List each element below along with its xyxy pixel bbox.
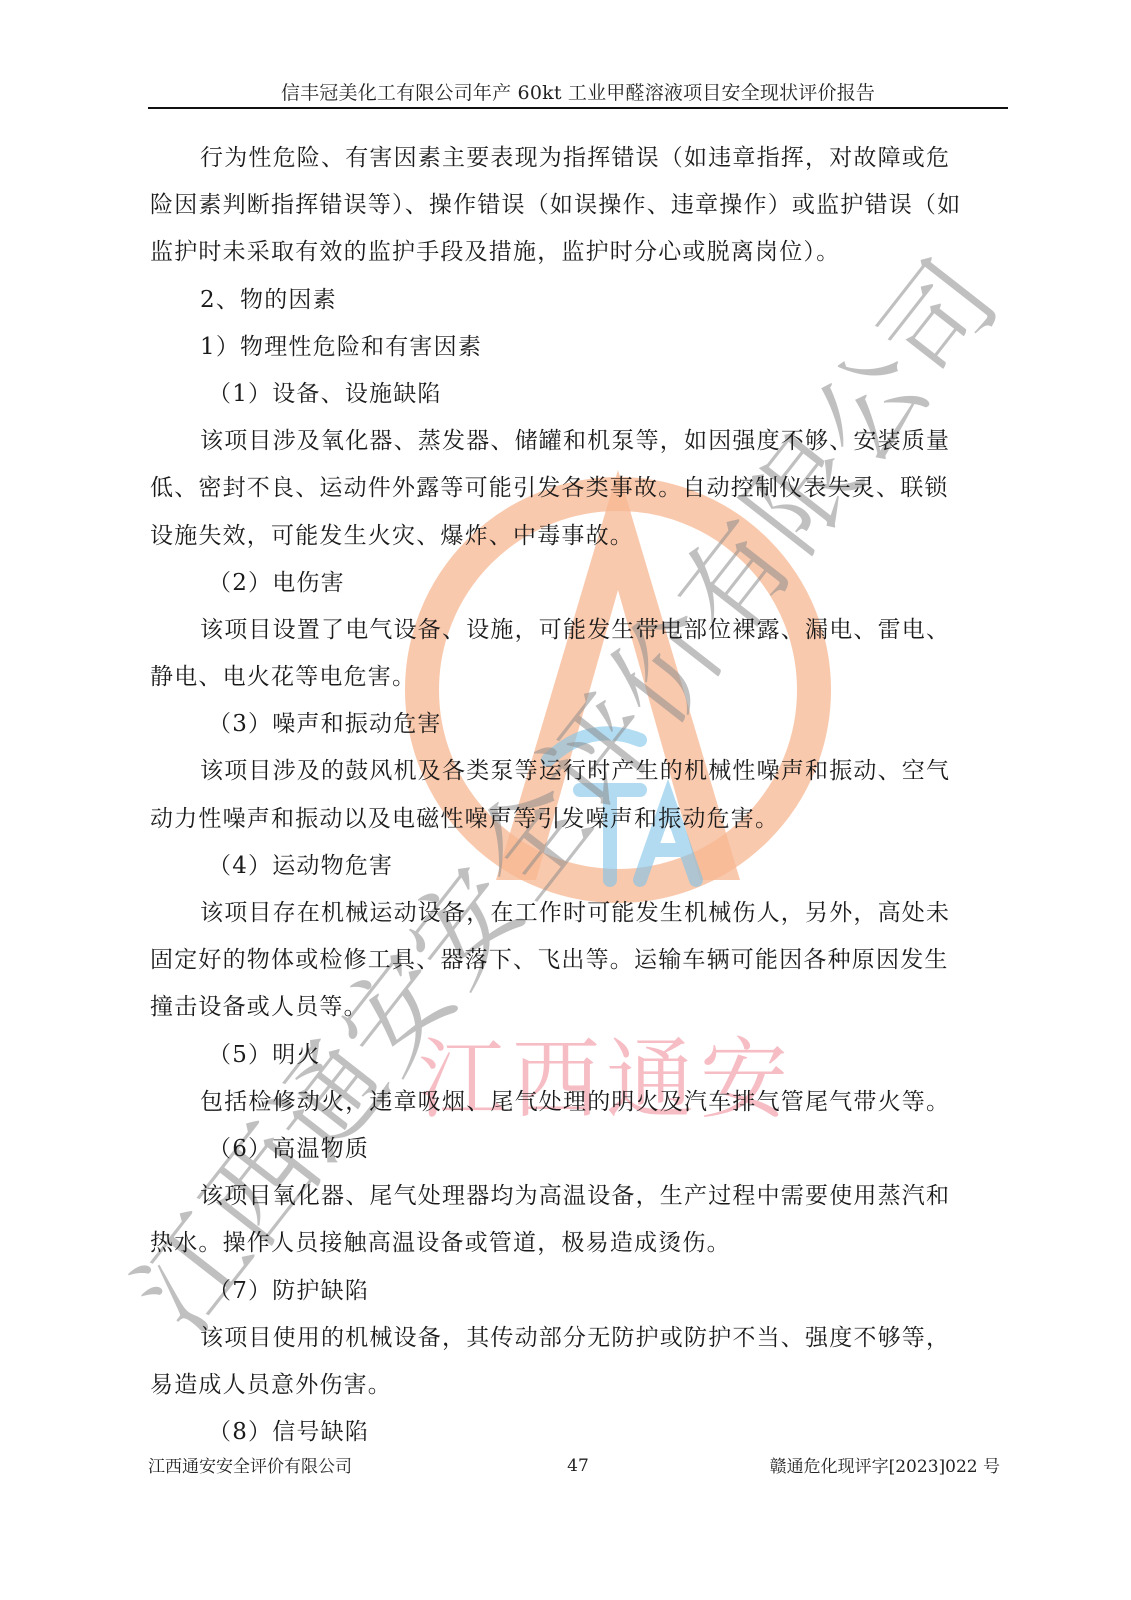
paragraph-line: 该项目存在机械运动设备，在工作时可能发生机械伤人，另外，高处未 — [150, 890, 1006, 937]
document-page: 江西通安 江西通安安全评价有限公司 信丰冠美化工有限公司年产 60kt 工业甲醛… — [0, 0, 1131, 1600]
paragraph-line: 热水。操作人员接触高温设备或管道，极易造成烫伤。 — [150, 1220, 1006, 1267]
paragraph-line: 设施失效，可能发生火灾、爆炸、中毒事故。 — [150, 513, 1006, 560]
paragraph-line: 低、密封不良、运动件外露等可能引发各类事故。自动控制仪表失灵、联锁 — [150, 465, 1006, 512]
subsection-heading: （6）高温物质 — [150, 1126, 1006, 1173]
paragraph-line: 该项目氧化器、尾气处理器均为高温设备，生产过程中需要使用蒸汽和 — [150, 1173, 1006, 1220]
subsection-heading: （1）设备、设施缺陷 — [150, 371, 1006, 418]
paragraph-line: 易造成人员意外伤害。 — [150, 1362, 1006, 1409]
report-title: 信丰冠美化工有限公司年产 60kt 工业甲醛溶液项目安全现状评价报告 — [148, 78, 1008, 105]
subsection-heading: （7）防护缺陷 — [150, 1268, 1006, 1315]
paragraph-line: 险因素判断指挥错误等）、操作错误（如误操作、违章操作）或监护错误（如 — [150, 182, 1006, 229]
paragraph-line: 行为性危险、有害因素主要表现为指挥错误（如违章指挥，对故障或危 — [150, 135, 1006, 182]
subsection-heading: （3）噪声和振动危害 — [150, 701, 1006, 748]
paragraph-line: 撞击设备或人员等。 — [150, 984, 1006, 1031]
paragraph-line: 固定好的物体或检修工具、器落下、飞出等。运输车辆可能因各种原因发生 — [150, 937, 1006, 984]
page-footer: 江西通安安全评价有限公司 47 赣通危化现评字[2023]022 号 — [148, 1452, 1008, 1478]
section-heading: 2、物的因素 — [150, 277, 1006, 324]
header-divider — [148, 107, 1008, 109]
subsection-heading: （5）明火 — [150, 1032, 1006, 1079]
paragraph-line: 该项目使用的机械设备，其传动部分无防护或防护不当、强度不够等， — [150, 1315, 1006, 1362]
subsection-heading: （8）信号缺陷 — [150, 1409, 1006, 1456]
paragraph-line: 该项目涉及的鼓风机及各类泵等运行时产生的机械性噪声和振动、空气 — [150, 748, 1006, 795]
paragraph-line: 包括检修动火，违章吸烟、尾气处理的明火及汽车排气管尾气带火等。 — [150, 1079, 1006, 1126]
subsection-heading: （2）电伤害 — [150, 560, 1006, 607]
paragraph-line: 监护时未采取有效的监护手段及措施，监护时分心或脱离岗位）。 — [150, 229, 1006, 276]
subsection-heading: （4）运动物危害 — [150, 843, 1006, 890]
paragraph-line: 该项目涉及氧化器、蒸发器、储罐和机泵等，如因强度不够、安装质量 — [150, 418, 1006, 465]
section-heading: 1）物理性危险和有害因素 — [150, 324, 1006, 371]
report-body: 行为性危险、有害因素主要表现为指挥错误（如违章指挥，对故障或危险因素判断指挥错误… — [150, 135, 1006, 1456]
paragraph-line: 动力性噪声和振动以及电磁性噪声等引发噪声和振动危害。 — [150, 796, 1006, 843]
paragraph-line: 静电、电火花等电危害。 — [150, 654, 1006, 701]
paragraph-line: 该项目设置了电气设备、设施，可能发生带电部位裸露、漏电、雷电、 — [150, 607, 1006, 654]
document-number: 赣通危化现评字[2023]022 号 — [770, 1452, 1000, 1477]
